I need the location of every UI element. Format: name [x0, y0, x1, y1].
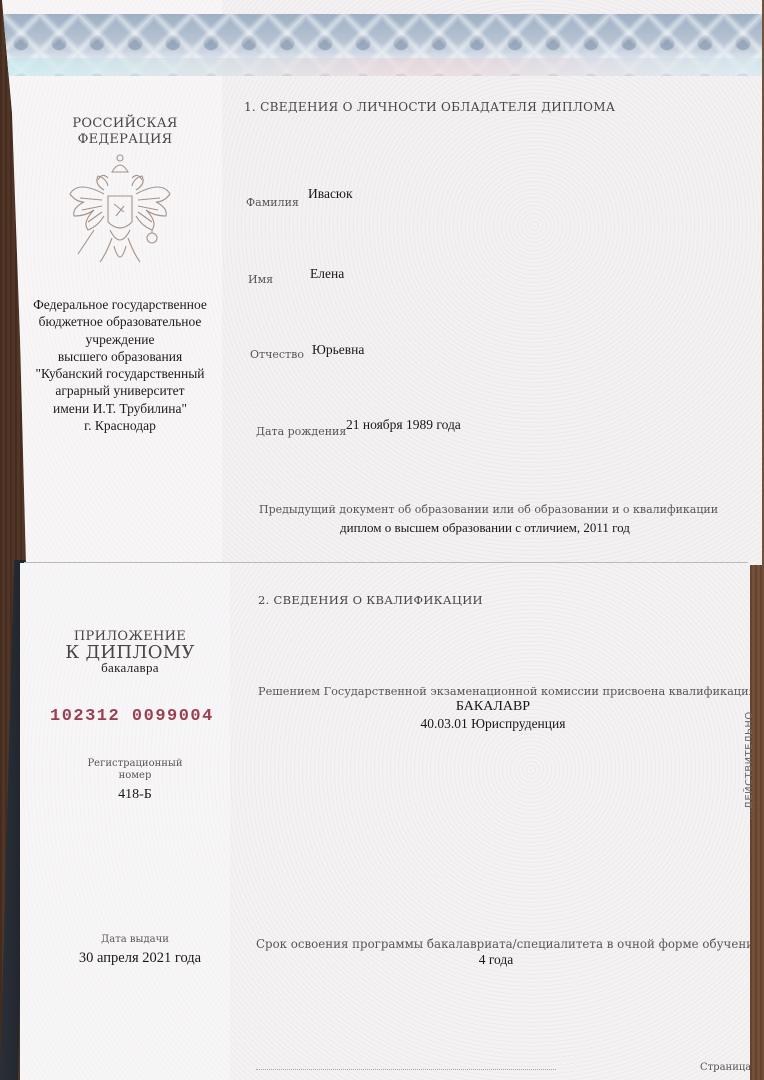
- section-1-title: 1. СВЕДЕНИЯ О ЛИЧНОСТИ ОБЛАДАТЕЛЯ ДИПЛОМ…: [244, 100, 615, 114]
- section-2-title: 2. СВЕДЕНИЯ О КВАЛИФИКАЦИИ: [258, 593, 483, 607]
- hologram-tint: [2, 58, 762, 76]
- institution-line: бюджетное образовательное: [20, 313, 220, 330]
- lower-page: ПРИЛОЖЕНИЕ К ДИПЛОМУ бакалавра 102312 00…: [20, 563, 750, 1080]
- previous-document-value: диплом о высшем образовании с отличием, …: [340, 520, 630, 536]
- country-title: РОССИЙСКАЯ ФЕДЕРАЦИЯ: [50, 116, 200, 148]
- left-column-panel: [2, 0, 222, 565]
- registration-label-line-2: номер: [60, 770, 210, 782]
- patronymic-label: Отчество: [250, 348, 304, 361]
- birth-date-label: Дата рождения: [256, 425, 346, 438]
- name-value: Елена: [310, 266, 344, 282]
- guilloche-pattern: [2, 0, 762, 565]
- issue-date-value: 30 апреля 2021 года: [50, 950, 230, 967]
- institution-line: "Кубанский государственный: [20, 365, 220, 382]
- institution-line: аграрный университет: [20, 382, 220, 399]
- institution-line: учреждение: [20, 331, 220, 348]
- qualification-value: БАКАЛАВР: [258, 699, 728, 715]
- coat-of-arms-icon: [64, 150, 176, 274]
- institution-line: г. Краснодар: [20, 417, 220, 434]
- specialty-value: 40.03.01 Юриспруденция: [258, 716, 728, 732]
- surname-label: Фамилия: [246, 196, 299, 209]
- hologram-security-band: [2, 14, 762, 76]
- country-line-2: ФЕДЕРАЦИЯ: [50, 132, 200, 148]
- patronymic-value: Юрьевна: [312, 342, 364, 358]
- vertical-validity-stamp: ...ДЕЙСТВИТЕЛЬНО: [744, 711, 755, 820]
- page-label: Страница: [700, 1062, 750, 1073]
- institution-name: Федеральное государственное бюджетное об…: [20, 296, 220, 434]
- appendix-title: ПРИЛОЖЕНИЕ К ДИПЛОМУ бакалавра: [40, 629, 220, 674]
- registration-label: Регистрационный номер: [60, 758, 210, 782]
- degree-level: бакалавра: [40, 662, 220, 674]
- study-duration-label: Срок освоения программы бакалавриата/спе…: [256, 937, 750, 951]
- qualification-label: Решением Государственной экзаменационной…: [258, 685, 750, 698]
- institution-line: Федеральное государственное: [20, 296, 220, 313]
- birth-date-value: 21 ноября 1989 года: [346, 417, 461, 433]
- serial-number: 102312 0099004: [50, 707, 214, 726]
- issue-date-label: Дата выдачи: [60, 934, 210, 945]
- previous-document-label: Предыдущий документ об образовании или о…: [259, 503, 718, 516]
- country-line-1: РОССИЙСКАЯ: [50, 116, 200, 132]
- surname-value: Ивасюк: [308, 186, 353, 202]
- study-duration-value: 4 года: [256, 952, 736, 968]
- name-label: Имя: [248, 273, 273, 286]
- institution-line: имени И.Т. Трубилина": [20, 400, 220, 417]
- registration-label-line-1: Регистрационный: [60, 758, 210, 770]
- registration-number: 418-Б: [60, 787, 210, 803]
- institution-line: высшего образования: [20, 348, 220, 365]
- signature-line: [256, 1069, 556, 1070]
- upper-page: РОССИЙСКАЯ ФЕДЕРАЦИЯ: [2, 0, 762, 565]
